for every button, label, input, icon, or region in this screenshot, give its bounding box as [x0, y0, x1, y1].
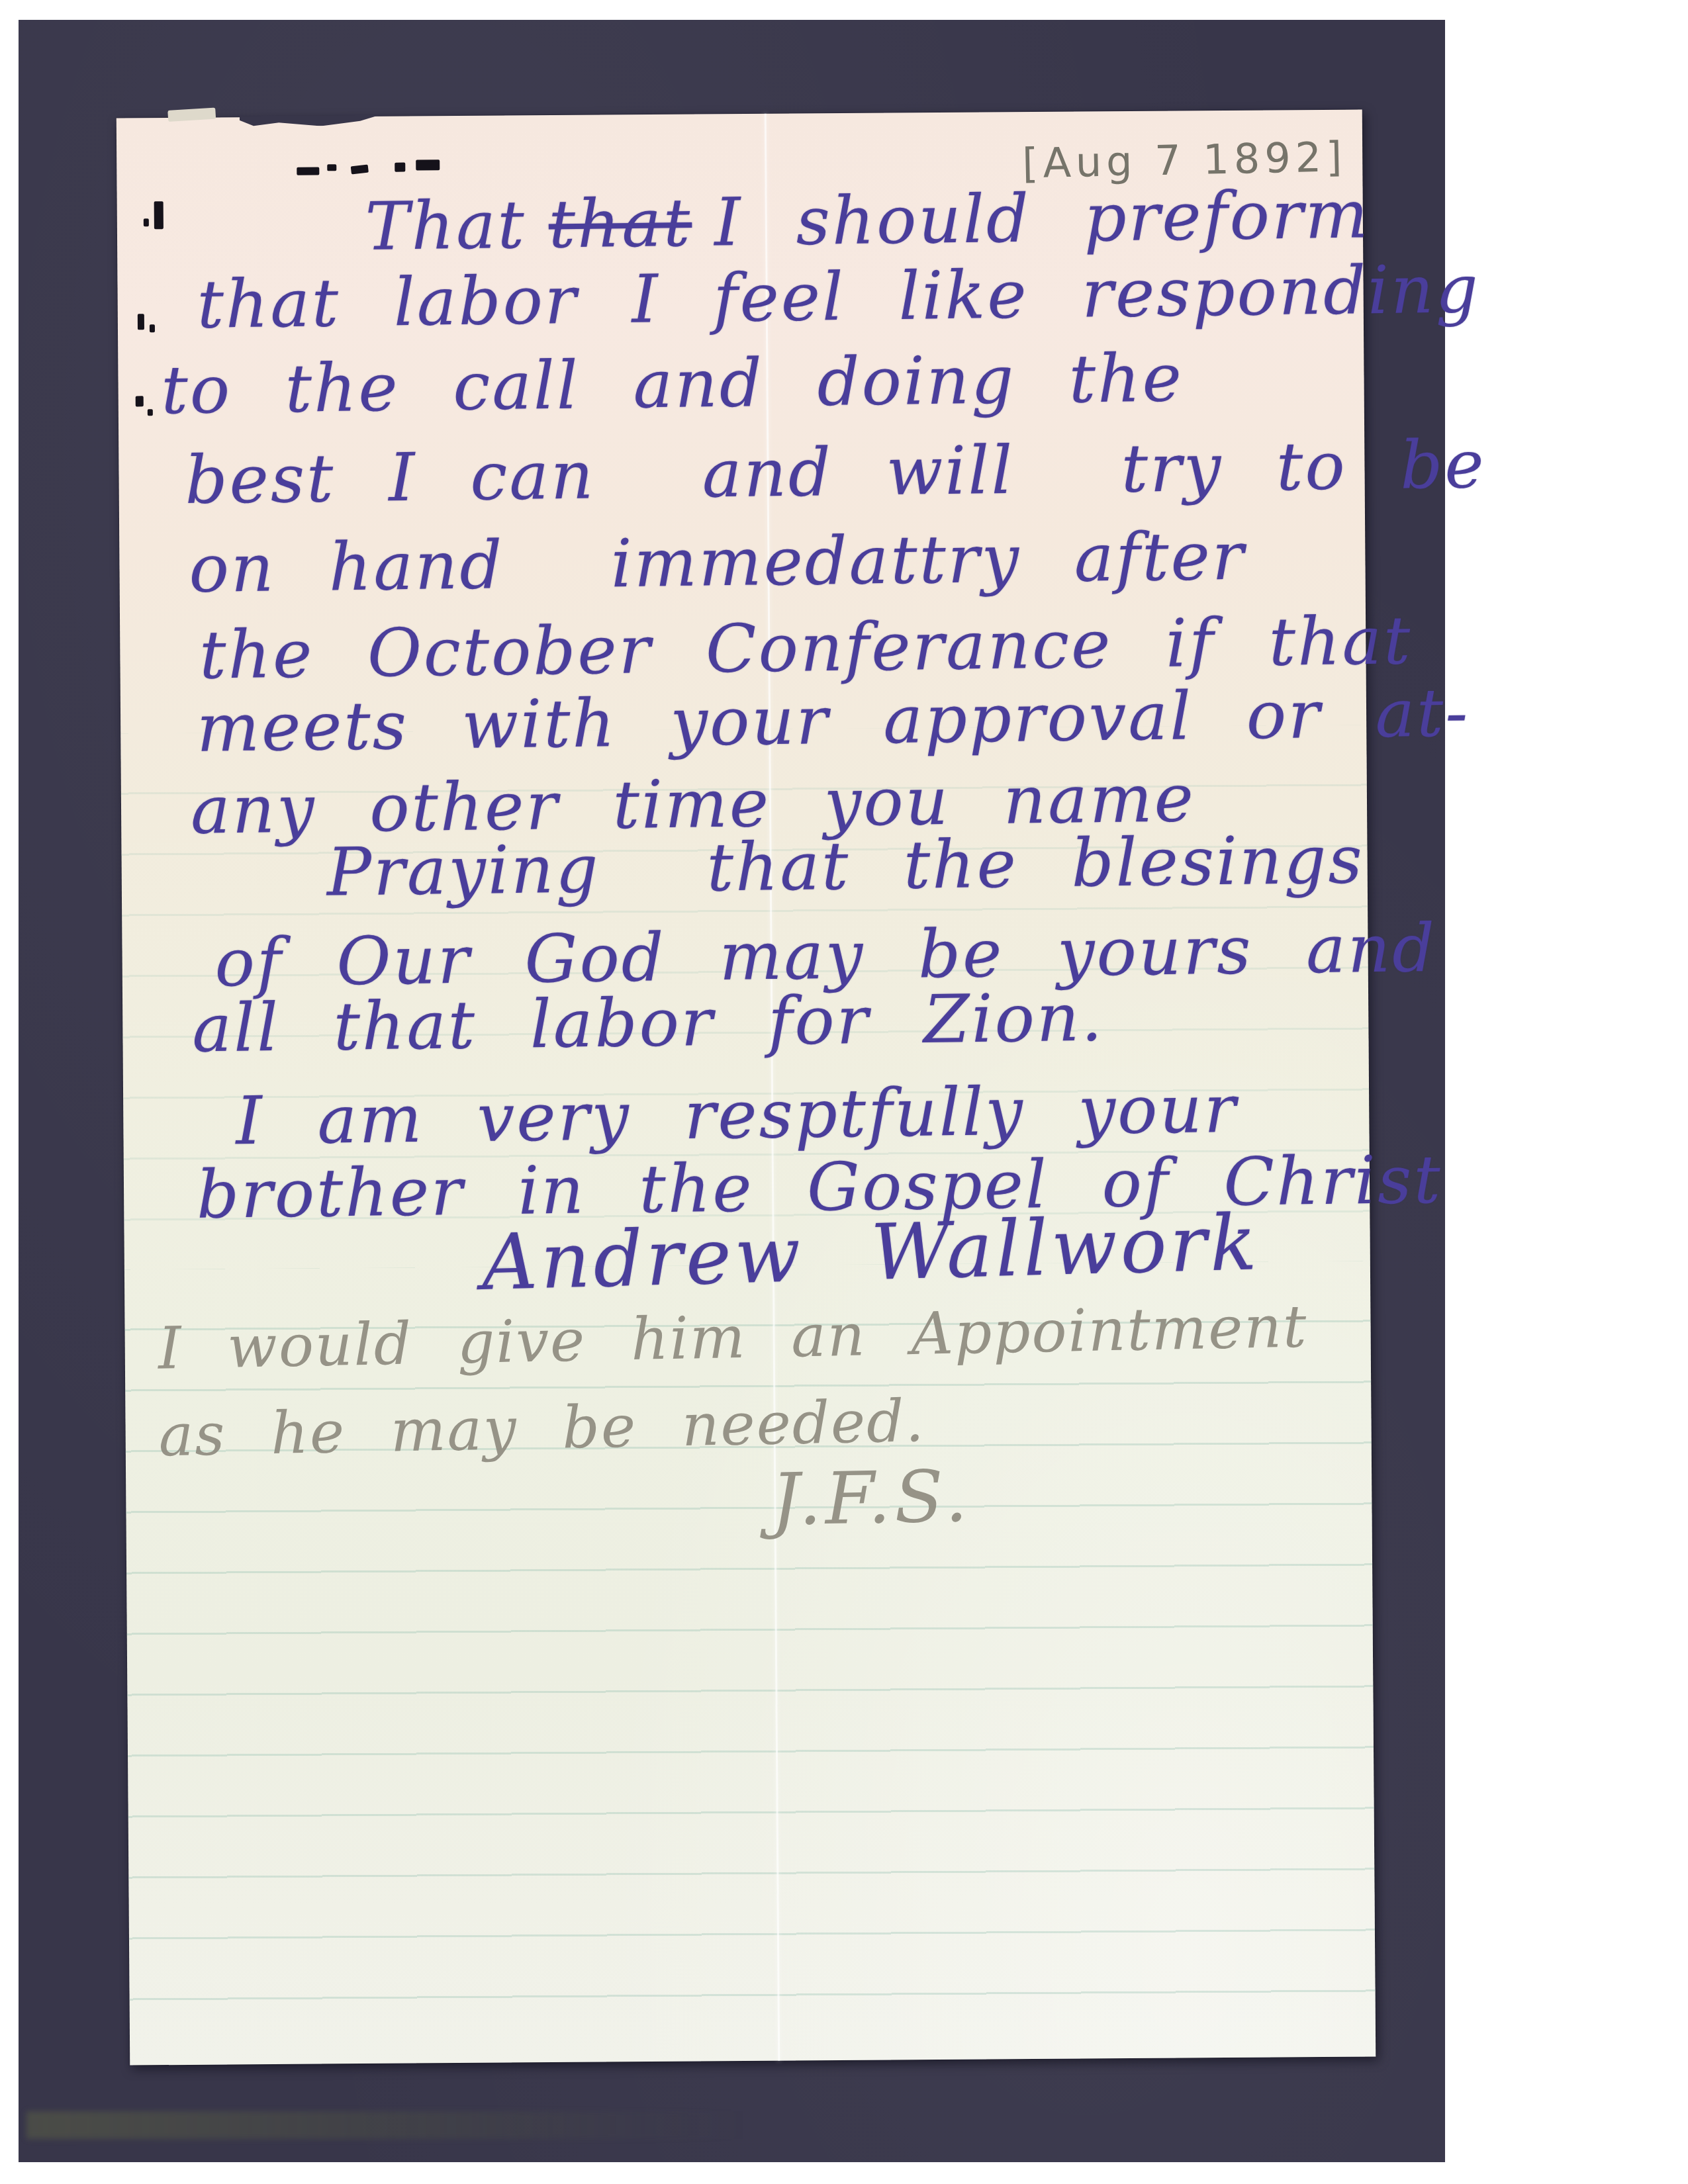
- torn-edge-notch: [240, 115, 380, 126]
- scan-background-mat: [Aug 7 1892] ThatthatI should preform th…: [19, 20, 1445, 2162]
- letter-line-5: on hand immedattry after: [189, 523, 1246, 602]
- ink-speck: [395, 163, 405, 172]
- paper-chip-fragment: [167, 108, 216, 122]
- letter-line-3: to the call and doing the: [161, 345, 1184, 424]
- letter-line-2: that labor I feel like responding: [197, 256, 1480, 338]
- line1-before: That: [365, 186, 526, 265]
- ink-speck: [148, 409, 153, 416]
- pencil-note-line-1: I would give him an Appointment: [158, 1297, 1308, 1377]
- ink-speck: [138, 314, 144, 330]
- letter-line-4: best I can and will try to be: [185, 432, 1486, 514]
- letter-line-1: ThatthatI should preform: [365, 181, 1370, 260]
- letter-line-11: all that labor for Zion.: [192, 985, 1105, 1062]
- ghost-text-smear: [26, 2111, 748, 2139]
- letter-line-9: Praying that the blesings: [326, 827, 1364, 905]
- letter-line-12: I am very resptfully your: [236, 1076, 1238, 1154]
- ruled-lines-lower: [124, 1261, 1376, 2057]
- scanned-letter-page: [Aug 7 1892] ThatthatI should preform th…: [0, 0, 1688, 2184]
- ink-speck: [150, 324, 155, 332]
- ink-speck: [297, 167, 319, 175]
- ink-speck: [351, 165, 369, 175]
- ink-speck: [416, 159, 440, 170]
- pencil-initials: J.F.S.: [771, 1461, 972, 1537]
- signature: Andrew Wallwork: [481, 1205, 1260, 1302]
- ink-speck: [136, 396, 144, 406]
- pencil-note-line-2: as he may be needed.: [158, 1392, 925, 1465]
- strikethrough-word: that: [548, 184, 692, 263]
- letter-line-7: meets with your approval or at-: [197, 680, 1470, 761]
- line1-after: I should preform: [714, 175, 1370, 261]
- letter-sheet: [Aug 7 1892] ThatthatI should preform th…: [117, 109, 1376, 2065]
- ink-speck: [154, 201, 164, 229]
- ink-speck: [144, 218, 149, 226]
- ink-speck: [327, 164, 336, 171]
